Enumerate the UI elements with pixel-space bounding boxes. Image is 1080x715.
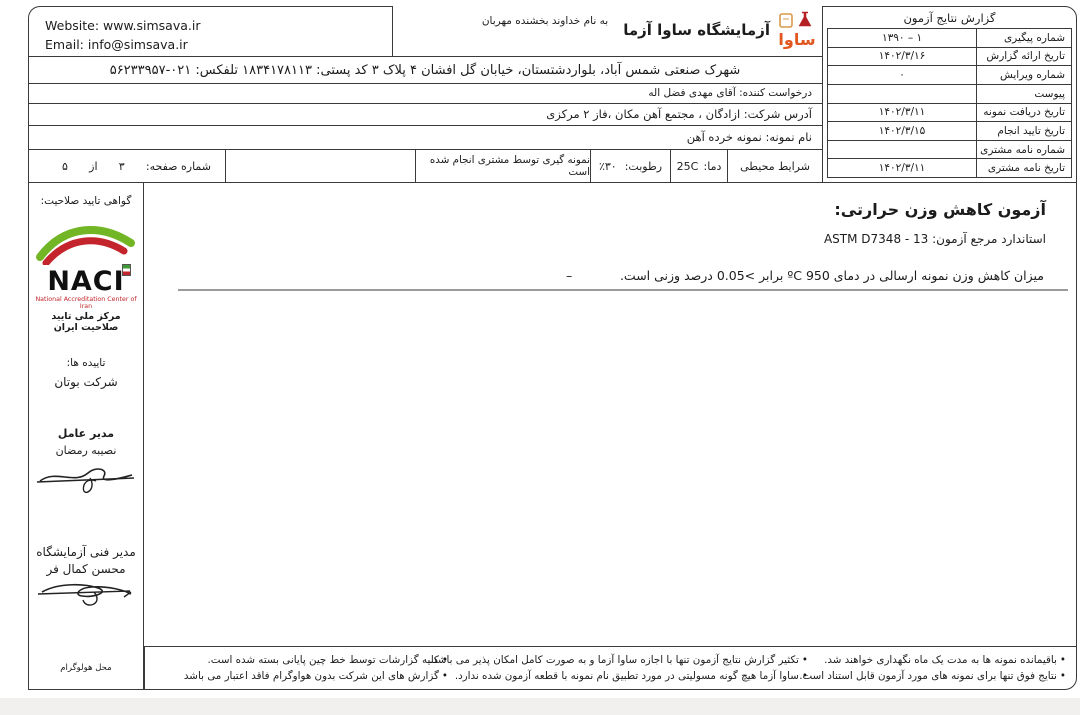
row-value: ۱۴۰۲/۳/۱۱ bbox=[828, 159, 976, 177]
row-value: ۱ – ۱۳۹۰ bbox=[828, 29, 976, 47]
table-row: پیوست bbox=[828, 85, 1071, 104]
result-text: میزان کاهش وزن نمونه ارسالی در دمای 950 … bbox=[586, 268, 1044, 283]
standard-reference: استاندارد مرجع آزمون: ASTM D7348 - 13 bbox=[824, 232, 1046, 246]
report-table-grid: شماره پیگیری ۱ – ۱۳۹۰ تاریخ ارائه گزارش … bbox=[827, 28, 1072, 178]
row-value bbox=[828, 85, 976, 103]
humidity-cell: رطوبت: ٪۳۰ bbox=[590, 150, 670, 182]
table-row: تاریخ تایید انجام ۱۴۰۲/۳/۱۵ bbox=[828, 122, 1071, 141]
table-row: شماره نامه مشتری bbox=[828, 141, 1071, 160]
contact-box: Website: www.simsava.ir Email: info@sims… bbox=[28, 6, 393, 56]
requester-row: درخواست کننده: آقای مهدی فضل اله bbox=[28, 84, 822, 104]
bullet-icon: • bbox=[1060, 654, 1066, 666]
header: Website: www.simsava.ir Email: info@sims… bbox=[28, 6, 822, 183]
row-label: تاریخ نامه مشتری bbox=[976, 159, 1071, 177]
company-address-row: آدرس شرکت: ازادگان ، مجتمع آهن مکان ،فاز… bbox=[28, 104, 822, 126]
footer-note: •ساوا آزما هیچ گونه مسولیتی در مورد تطبی… bbox=[456, 668, 808, 684]
footer-notes: •باقیمانده نمونه ها به مدت یک ماه نگهدار… bbox=[144, 646, 1077, 690]
accreditation-label: گواهی تایید صلاحیت: bbox=[41, 195, 132, 207]
report-info-table: گزارش نتایج آزمون شماره پیگیری ۱ – ۱۳۹۰ … bbox=[822, 6, 1077, 183]
page-number-cell: شماره صفحه: ۳ از ۵ bbox=[28, 150, 225, 182]
page-left-border bbox=[28, 55, 29, 183]
row-label: شماره ویرایش bbox=[976, 66, 1071, 84]
table-row: شماره ویرایش ۰ bbox=[828, 66, 1071, 85]
hologram-label: محل هولوگرام bbox=[60, 663, 111, 673]
footer-note: •تکثیر گزارش نتایج آزمون تنها با اجازه س… bbox=[456, 652, 808, 668]
naci-subtitle-en: National Accreditation Center of Iran bbox=[33, 296, 139, 310]
sampling-note: نمونه گیری توسط مشتری انجام شده است bbox=[415, 150, 590, 182]
naci-swoosh-icon bbox=[34, 219, 138, 265]
footer-note: •کلیه گزارشات توسط خط چین پایانی بسته شد… bbox=[155, 652, 448, 668]
footer-note: •گزارش های این شرکت بدون هواوگرام فاقد ا… bbox=[155, 668, 448, 684]
website-line: Website: www.simsava.ir bbox=[45, 16, 392, 35]
page-bottom-strip bbox=[0, 698, 1080, 715]
bullet-icon: • bbox=[1060, 670, 1066, 682]
page-of-word: از bbox=[89, 160, 97, 173]
tech-manager-title: مدیر فنی آزمایشگاه bbox=[36, 545, 136, 559]
table-row: تاریخ نامه مشتری ۱۴۰۲/۳/۱۱ bbox=[828, 159, 1071, 177]
page-number-label: شماره صفحه: bbox=[146, 160, 211, 173]
sample-name-row: نام نمونه: نمونه خرده آهن bbox=[28, 126, 822, 150]
test-result-panel: آزمون کاهش وزن حرارتی: استاندارد مرجع آز… bbox=[144, 183, 1077, 646]
table-row: شماره پیگیری ۱ – ۱۳۹۰ bbox=[828, 29, 1071, 48]
footer-column-middle: •تکثیر گزارش نتایج آزمون تنها با اجازه س… bbox=[456, 652, 808, 685]
iran-flag-icon bbox=[122, 264, 131, 276]
footer-note: •باقیمانده نمونه ها به مدت یک ماه نگهدار… bbox=[816, 652, 1066, 668]
humidity-value: ٪۳۰ bbox=[599, 160, 617, 173]
accreditation-sidebar: گواهی تایید صلاحیت: NACI National Accred… bbox=[28, 183, 144, 690]
env-conditions-label: شرایط محیطی bbox=[727, 150, 822, 182]
approvals-label: تاییده ها: bbox=[67, 357, 106, 369]
row-value: ۱۴۰۲/۳/۱۵ bbox=[828, 122, 976, 140]
ceo-name: نصیبه رمضان bbox=[56, 444, 117, 457]
humidity-label: رطوبت: bbox=[625, 160, 662, 173]
page-current: ۳ bbox=[119, 160, 125, 173]
footer-note: •نتایج فوق تنها برای نمونه های مورد آزمو… bbox=[816, 668, 1066, 684]
ceo-title: مدیر عامل bbox=[58, 427, 114, 440]
naci-acronym: NACI bbox=[47, 269, 124, 295]
bullet-icon: • bbox=[442, 654, 448, 666]
approvals-company: شرکت بوتان bbox=[54, 375, 117, 389]
ceo-signature bbox=[34, 457, 138, 499]
row-value: ۱۴۰۲/۳/۱۱ bbox=[828, 104, 976, 122]
row-label: پیوست bbox=[976, 85, 1071, 103]
report-table-title: گزارش نتایج آزمون bbox=[823, 7, 1076, 28]
dash-bullet-icon: – bbox=[566, 268, 572, 283]
row-value: ۰ bbox=[828, 66, 976, 84]
test-title: آزمون کاهش وزن حرارتی: bbox=[834, 200, 1046, 219]
lab-title: آزمایشگاه ساوا آزما bbox=[623, 21, 770, 39]
temperature-cell: دما: 25C bbox=[670, 150, 727, 182]
table-row: تاریخ ارائه گزارش ۱۴۰۲/۳/۱۶ bbox=[828, 48, 1071, 67]
sava-flask-icons bbox=[777, 10, 817, 30]
page-total: ۵ bbox=[62, 160, 68, 173]
report-end-rule bbox=[178, 289, 1068, 291]
empty-cell bbox=[225, 150, 415, 182]
bullet-icon: • bbox=[442, 670, 448, 682]
tech-manager-name: محسن کمال فر bbox=[46, 562, 125, 576]
row-label: تاریخ ارائه گزارش bbox=[976, 48, 1071, 66]
result-line: – میزان کاهش وزن نمونه ارسالی در دمای 95… bbox=[566, 268, 1044, 283]
bullet-icon: • bbox=[802, 670, 808, 682]
temperature-value: 25C bbox=[677, 160, 699, 173]
tech-manager-signature bbox=[34, 576, 138, 614]
lab-report-page: Website: www.simsava.ir Email: info@sims… bbox=[0, 0, 1080, 715]
row-label: تاریخ تایید انجام bbox=[976, 122, 1071, 140]
row-value bbox=[828, 141, 976, 159]
row-value: ۱۴۰۲/۳/۱۶ bbox=[828, 48, 976, 66]
row-label: تاریخ دریافت نمونه bbox=[976, 104, 1071, 122]
table-row: تاریخ دریافت نمونه ۱۴۰۲/۳/۱۱ bbox=[828, 104, 1071, 123]
email-line: Email: info@simsava.ir bbox=[45, 35, 392, 54]
bullet-icon: • bbox=[802, 654, 808, 666]
header-top-row: Website: www.simsava.ir Email: info@sims… bbox=[28, 6, 822, 56]
row-label: شماره نامه مشتری bbox=[976, 141, 1071, 159]
footer-column-left: •کلیه گزارشات توسط خط چین پایانی بسته شد… bbox=[155, 652, 448, 685]
sava-logo-icon: ساوا bbox=[774, 10, 820, 54]
row-label: شماره پیگیری bbox=[976, 29, 1071, 47]
environment-row: شرایط محیطی دما: 25C رطوبت: ٪۳۰ نمونه گی… bbox=[28, 150, 822, 182]
address-row: شهرک صنعتی شمس آباد، بلواردشتستان، خیابا… bbox=[28, 56, 822, 84]
sava-logo-wordmark: ساوا bbox=[774, 32, 820, 48]
temperature-label: دما: bbox=[704, 160, 722, 173]
footer-column-right: •باقیمانده نمونه ها به مدت یک ماه نگهدار… bbox=[816, 652, 1066, 685]
naci-subtitle-fa: مرکز ملی تایید صلاحیت ایران bbox=[33, 311, 139, 333]
naci-logo: NACI National Accreditation Center of Ir… bbox=[33, 219, 139, 333]
